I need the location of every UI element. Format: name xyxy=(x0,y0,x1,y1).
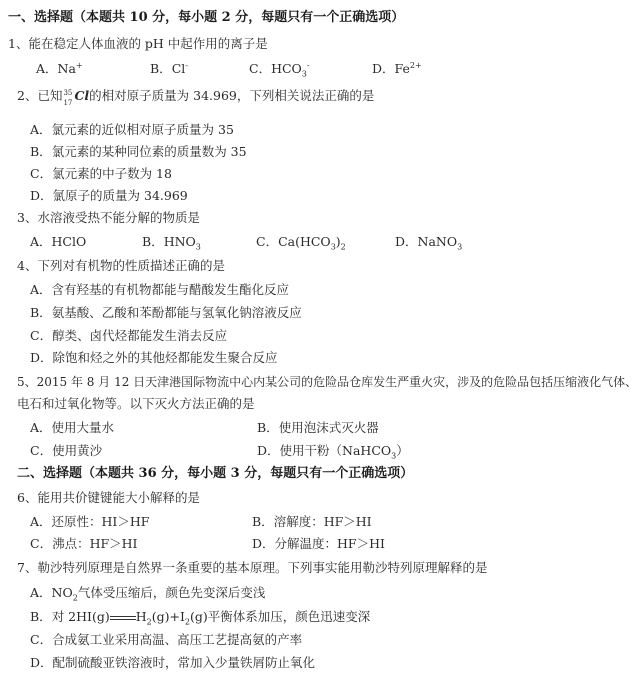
q7-option-a[interactable]: A．NO2气体受压缩后，颜色先变深后变浅 xyxy=(30,585,265,601)
q7-option-c[interactable]: C．合成氨工业采用高温、高压工艺提高氨的产率 xyxy=(30,632,302,648)
q3-option-b[interactable]: B．HNO3 xyxy=(142,234,201,250)
q1-option-c[interactable]: C．HCO3- xyxy=(249,61,310,77)
q7-option-d[interactable]: D．配制硫酸亚铁溶液时，常加入少量铁屑防止氧化 xyxy=(30,655,315,671)
q6-option-d[interactable]: D．分解温度：HF＞HI xyxy=(252,536,385,552)
section-2-title: 二、选择题（本题共 36 分，每小题 3 分，每题只有一个正确选项） xyxy=(17,466,413,482)
section-1-title: 一、选择题（本题共 10 分，每小题 2 分，每题只有一个正确选项） xyxy=(8,10,404,26)
q7-option-b[interactable]: B．对 2HI(g)H2(g)+I2(g)平衡体系加压，颜色迅速变深 xyxy=(30,609,370,625)
q2-option-c[interactable]: C．氯元素的中子数为 18 xyxy=(30,166,172,182)
q3-option-a[interactable]: A．HClO xyxy=(30,234,86,250)
q1-option-d[interactable]: D．Fe2+ xyxy=(372,61,422,77)
q3-option-d[interactable]: D．NaNO3 xyxy=(395,234,462,250)
q1-option-b[interactable]: B．Cl- xyxy=(150,61,188,77)
faint-watermark xyxy=(480,648,630,666)
q3-option-c[interactable]: C．Ca(HCO3)2 xyxy=(256,234,346,250)
q4-option-b[interactable]: B．氨基酸、乙酸和苯酚都能与氢氧化钠溶液反应 xyxy=(30,305,302,321)
q5-option-d[interactable]: D．使用干粉（NaHCO3） xyxy=(257,443,409,459)
q5-option-a[interactable]: A．使用大量水 xyxy=(30,420,114,436)
question-5-stem-line-2: 电石和过氧化物等。以下灭火方法正确的是 xyxy=(17,396,255,412)
q4-option-a[interactable]: A．含有羟基的有机物都能与醋酸发生酯化反应 xyxy=(30,282,289,298)
question-5-stem-line-1: 5、2015 年 8 月 12 日天津港国际物流中心内某公司的危险品仓库发生严重… xyxy=(17,374,637,390)
q4-option-c[interactable]: C．醇类、卤代烃都能发生消去反应 xyxy=(30,328,227,344)
question-1-stem: 1、能在稳定人体血液的 pH 中起作用的离子是 xyxy=(8,36,268,52)
q2-option-d[interactable]: D．氯原子的质量为 34.969 xyxy=(30,188,188,204)
q5-option-b[interactable]: B．使用泡沫式灭火器 xyxy=(257,420,379,436)
q6-option-a[interactable]: A．还原性：HI＞HF xyxy=(30,514,149,530)
question-7-stem: 7、勒沙特列原理是自然界一条重要的基本原理。下列事实能用勒沙特列原理解释的是 xyxy=(17,560,487,576)
question-6-stem: 6、能用共价键键能大小解释的是 xyxy=(17,490,200,506)
equilibrium-arrow-icon xyxy=(110,615,136,621)
q6-option-b[interactable]: B．溶解度：HF＞HI xyxy=(252,514,372,530)
question-3-stem: 3、水溶液受热不能分解的物质是 xyxy=(17,210,200,226)
q5-option-c[interactable]: C．使用黄沙 xyxy=(30,443,102,459)
q4-option-d[interactable]: D．除饱和烃之外的其他烃都能发生聚合反应 xyxy=(30,350,278,366)
question-2-stem: 2、已知3517Cl的相对原子质量为 34.969，下列相关说法正确的是 xyxy=(17,88,374,104)
q2-option-b[interactable]: B．氯元素的某种同位素的质量数为 35 xyxy=(30,144,247,160)
q2-option-a[interactable]: A．氯元素的近似相对原子质量为 35 xyxy=(30,122,234,138)
q6-option-c[interactable]: C．沸点：HF＞HI xyxy=(30,536,138,552)
question-4-stem: 4、下列对有机物的性质描述正确的是 xyxy=(17,258,225,274)
isotope-notation: 3517 xyxy=(62,88,74,104)
q1-option-a[interactable]: A．Na+ xyxy=(36,61,83,77)
